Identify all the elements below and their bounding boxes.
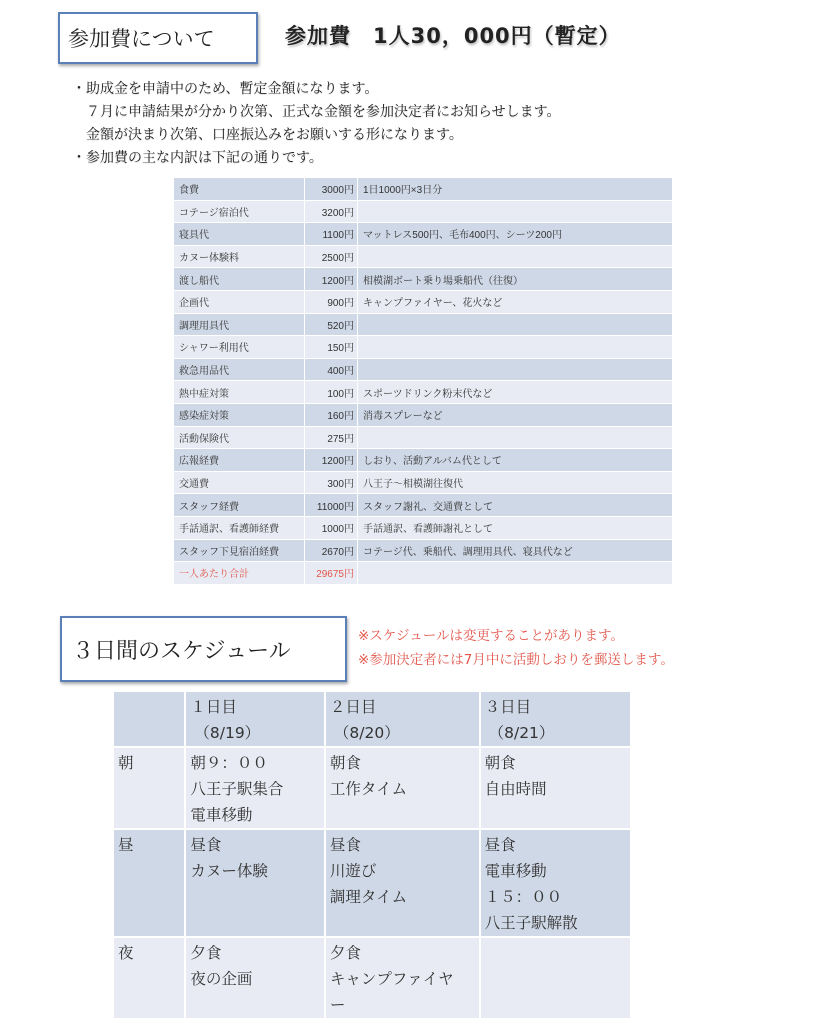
- fee-item: カヌー体験料: [174, 245, 305, 268]
- fee-row: 企画代900円キャンプファイヤー、花火など: [174, 290, 673, 313]
- schedule-activity: 夜の企画: [190, 966, 320, 992]
- fee-amount: 1200円: [305, 449, 358, 472]
- period-label: 朝: [113, 747, 185, 829]
- fee-item: 感染症対策: [174, 403, 305, 426]
- fee-note-cell: [358, 358, 673, 381]
- fee-amount: 1100円: [305, 223, 358, 246]
- schedule-activity: 夕食: [330, 940, 475, 966]
- fee-row: 渡し船代1200円相模湖ボート乗り場乗船代（往復）: [174, 268, 673, 291]
- period-label: 夜: [113, 937, 185, 1019]
- day-date: （8/21）: [485, 720, 626, 746]
- fee-item: 救急用品代: [174, 358, 305, 381]
- fee-headline: 参加費 1人30，000円（暫定）: [285, 20, 621, 50]
- fee-item: 調理用具代: [174, 313, 305, 336]
- fee-row: 活動保険代275円: [174, 426, 673, 449]
- fee-note-cell: マットレス500円、毛布400円、シーツ200円: [358, 223, 673, 246]
- day-date: （8/19）: [190, 720, 320, 746]
- fee-row: 広報経費1200円しおり、活動アルバム代として: [174, 449, 673, 472]
- fee-note-cell: [358, 562, 673, 585]
- schedule-activity: 自由時間: [485, 776, 626, 802]
- schedule-activity: 電車移動: [190, 802, 320, 828]
- schedule-activity: 朝９：００: [190, 750, 320, 776]
- schedule-activity: 昼食: [485, 832, 626, 858]
- period-label: 昼: [113, 829, 185, 937]
- day-label: ３日目: [485, 694, 626, 720]
- fee-item: 熱中症対策: [174, 381, 305, 404]
- day-date: （8/20）: [330, 720, 475, 746]
- fee-section-title: 参加費について: [68, 23, 215, 53]
- schedule-activity: 朝食: [485, 750, 626, 776]
- fee-row: スタッフ経費11000円スタッフ謝礼、交通費として: [174, 494, 673, 517]
- schedule-activity: 工作タイム: [330, 776, 475, 802]
- schedule-activity: 八王子駅集合: [190, 776, 320, 802]
- fee-amount: 2500円: [305, 245, 358, 268]
- fee-amount: 11000円: [305, 494, 358, 517]
- schedule-activity: 八王子駅解散: [485, 910, 626, 936]
- fee-row: コテージ宿泊代3200円: [174, 200, 673, 223]
- schedule-activity: 電車移動: [485, 858, 626, 884]
- fee-notes: ・助成金を申請中のため、暫定金額になります。 ７月に申請結果が分かり次第、正式な…: [72, 78, 560, 170]
- fee-note-cell: スタッフ謝礼、交通費として: [358, 494, 673, 517]
- schedule-notes: ※スケジュールは変更することがあります。 ※参加決定者には7月中に活動しおりを郵…: [358, 624, 674, 672]
- fee-amount: 520円: [305, 313, 358, 336]
- fee-note-cell: 消毒スプレーなど: [358, 403, 673, 426]
- fee-amount: 1200円: [305, 268, 358, 291]
- fee-item: 活動保険代: [174, 426, 305, 449]
- fee-amount: 900円: [305, 290, 358, 313]
- fee-amount: 300円: [305, 471, 358, 494]
- schedule-row-night: 夜 夕食夜の企画 夕食キャンプファイヤー: [113, 937, 631, 1019]
- fee-item: 手話通訳、看護師経費: [174, 516, 305, 539]
- fee-note-cell: [358, 200, 673, 223]
- fee-row: スタッフ下見宿泊経費2670円コテージ代、乗船代、調理用具代、寝具代など: [174, 539, 673, 562]
- fee-item: 広報経費: [174, 449, 305, 472]
- fee-note-cell: 1日1000円×3日分: [358, 178, 673, 201]
- schedule-note: ※参加決定者には7月中に活動しおりを郵送します。: [358, 648, 674, 672]
- fee-note-cell: しおり、活動アルバム代として: [358, 449, 673, 472]
- fee-amount: 400円: [305, 358, 358, 381]
- fee-row: シャワー利用代150円: [174, 336, 673, 359]
- fee-note-cell: [358, 426, 673, 449]
- fee-note-cell: 八王子〜相模湖往復代: [358, 471, 673, 494]
- fee-item: 渡し船代: [174, 268, 305, 291]
- fee-item: シャワー利用代: [174, 336, 305, 359]
- schedule-activity: 夕食: [190, 940, 320, 966]
- fee-amount: 3000円: [305, 178, 358, 201]
- fee-note-cell: [358, 245, 673, 268]
- fee-note-cell: スポーツドリンク粉末代など: [358, 381, 673, 404]
- fee-amount: 3200円: [305, 200, 358, 223]
- fee-note-cell: [358, 336, 673, 359]
- fee-amount: 160円: [305, 403, 358, 426]
- schedule-cell: 朝食自由時間: [480, 747, 631, 829]
- day-label: ２日目: [330, 694, 475, 720]
- fee-row: 交通費300円八王子〜相模湖往復代: [174, 471, 673, 494]
- schedule-activity: 朝食: [330, 750, 475, 776]
- fee-item: 一人あたり合計: [174, 562, 305, 585]
- fee-row: 救急用品代400円: [174, 358, 673, 381]
- fee-row: 寝具代1100円マットレス500円、毛布400円、シーツ200円: [174, 223, 673, 246]
- fee-row: 調理用具代520円: [174, 313, 673, 336]
- fee-note-cell: 相模湖ボート乗り場乗船代（往復）: [358, 268, 673, 291]
- fee-item: コテージ宿泊代: [174, 200, 305, 223]
- schedule-day-header: １日目 （8/19）: [185, 691, 325, 747]
- schedule-cell: 昼食カヌー体験: [185, 829, 325, 937]
- fee-item: スタッフ経費: [174, 494, 305, 517]
- fee-row: 熱中症対策100円スポーツドリンク粉末代など: [174, 381, 673, 404]
- fee-amount: 275円: [305, 426, 358, 449]
- schedule-header-row: １日目 （8/19） ２日目 （8/20） ３日目 （8/21）: [113, 691, 631, 747]
- fee-item: スタッフ下見宿泊経費: [174, 539, 305, 562]
- schedule-activity: カヌー体験: [190, 858, 320, 884]
- fee-row: 手話通訳、看護師経費1000円手話通訳、看護師謝礼として: [174, 516, 673, 539]
- schedule-day-header: ３日目 （8/21）: [480, 691, 631, 747]
- schedule-activity: ー: [330, 992, 475, 1018]
- fee-note: ・助成金を申請中のため、暫定金額になります。: [72, 78, 560, 101]
- schedule-cell: [480, 937, 631, 1019]
- schedule-row-noon: 昼 昼食カヌー体験 昼食川遊び調理タイム 昼食電車移動１５：００八王子駅解散: [113, 829, 631, 937]
- schedule-day-header: ２日目 （8/20）: [325, 691, 480, 747]
- fee-amount: 1000円: [305, 516, 358, 539]
- fee-note-cell: キャンプファイヤー、花火など: [358, 290, 673, 313]
- fee-amount: 29675円: [305, 562, 358, 585]
- schedule-cell: 朝９：００八王子駅集合電車移動: [185, 747, 325, 829]
- schedule-cell: 夕食キャンプファイヤー: [325, 937, 480, 1019]
- fee-breakdown-table: 食費3000円1日1000円×3日分コテージ宿泊代3200円寝具代1100円マッ…: [173, 177, 673, 585]
- fee-note-cell: 手話通訳、看護師謝礼として: [358, 516, 673, 539]
- fee-item: 食費: [174, 178, 305, 201]
- fee-note-cell: [358, 313, 673, 336]
- fee-total-row: 一人あたり合計29675円: [174, 562, 673, 585]
- fee-note: ・参加費の主な内訳は下記の通りです。: [72, 147, 560, 170]
- schedule-activity: 昼食: [190, 832, 320, 858]
- schedule-activity: 川遊び: [330, 858, 475, 884]
- schedule-activity: 昼食: [330, 832, 475, 858]
- fee-amount: 150円: [305, 336, 358, 359]
- fee-row: 感染症対策160円消毒スプレーなど: [174, 403, 673, 426]
- fee-section-title-box: 参加費について: [58, 12, 258, 64]
- fee-note: 金額が決まり次第、口座振込みをお願いする形になります。: [72, 124, 560, 147]
- schedule-section-title: ３日間のスケジュール: [72, 634, 291, 665]
- day-label: １日目: [190, 694, 320, 720]
- schedule-row-morning: 朝 朝９：００八王子駅集合電車移動 朝食工作タイム 朝食自由時間: [113, 747, 631, 829]
- schedule-cell: 昼食電車移動１５：００八王子駅解散: [480, 829, 631, 937]
- fee-amount: 100円: [305, 381, 358, 404]
- fee-item: 寝具代: [174, 223, 305, 246]
- schedule-cell: 朝食工作タイム: [325, 747, 480, 829]
- schedule-activity: 調理タイム: [330, 884, 475, 910]
- fee-item: 交通費: [174, 471, 305, 494]
- schedule-activity: キャンプファイヤ: [330, 966, 475, 992]
- schedule-cell: 夕食夜の企画: [185, 937, 325, 1019]
- schedule-activity: １５：００: [485, 884, 626, 910]
- fee-note: ７月に申請結果が分かり次第、正式な金額を参加決定者にお知らせします。: [72, 101, 560, 124]
- schedule-note: ※スケジュールは変更することがあります。: [358, 624, 674, 648]
- fee-note-cell: コテージ代、乗船代、調理用具代、寝具代など: [358, 539, 673, 562]
- schedule-section-title-box: ３日間のスケジュール: [60, 616, 347, 682]
- fee-item: 企画代: [174, 290, 305, 313]
- schedule-cell: 昼食川遊び調理タイム: [325, 829, 480, 937]
- schedule-table: １日目 （8/19） ２日目 （8/20） ３日目 （8/21） 朝 朝９：００…: [112, 690, 632, 1020]
- schedule-corner-cell: [113, 691, 185, 747]
- fee-amount: 2670円: [305, 539, 358, 562]
- fee-row: 食費3000円1日1000円×3日分: [174, 178, 673, 201]
- fee-row: カヌー体験料2500円: [174, 245, 673, 268]
